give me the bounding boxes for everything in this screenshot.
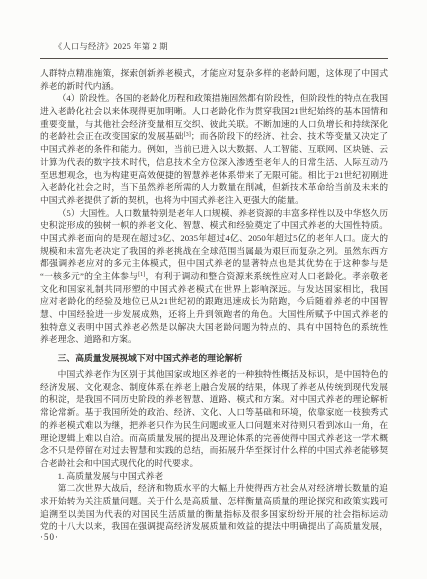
body-text-line: 养老理念、道路和方案。 (40, 333, 388, 346)
body-text-line: 文化和国家礼制共同形塑的中国式养老模式在世界上影响深远。与发达国家相比，我国 (40, 283, 388, 296)
body-text-line: 合老龄社会和中国式现代化的时代要求。 (40, 457, 388, 470)
subsection-heading: 1. 高质量发展与中国式养老 (40, 470, 388, 483)
body-text-line: 常论常新。基于我国所处的政治、经济、文化、人口等基础和环境，依靠家庭一枝独秀式 (40, 406, 388, 419)
body-text-line: 经济发展、文化观念、制度体系在养老上融合发展的结果，体现了养老从传统到现代发展 (40, 381, 388, 394)
body-text-line: 党的十八大以来，我国在强调提高经济发展质量和效益的提法中明确提出了高质量发展， (40, 520, 388, 533)
body-text-line: 重要变量，与其他社会经济变量相互交织、彼此关联。不断加速的人口负增长和持续深化 (40, 118, 388, 131)
page-number: ·50· (40, 532, 59, 542)
body-text-line: （4）阶段性。各国的老龄化历程和政策措施固然都有阶段性，但阶段性的特点在我国 (40, 92, 388, 105)
body-text-line: 应对老龄化的经验及地位已从21世纪初的跟跑迅速成长为陪跑，今后随着养老的中国智 (40, 295, 388, 308)
body-text-line: 第二次世界大战后，经济和物质水平的大幅上升使得西方社会从对经济增长数量的追 (40, 482, 388, 495)
body-text-line: 中国式养老作为区别于其他国家或地区养老的一种独特性概括及标识，是中国特色的 (40, 368, 388, 381)
journal-issue-label: 《人口与经济》2025 年第 2 期 (40, 41, 388, 52)
body-text-line: 追溯至以美国为代表的对国民生活质量的衡量指标及很多国家纷纷开展的社会指标运动[4… (40, 508, 388, 521)
article-body: 人群特点精准施策，探索创新养老模式，才能应对复杂多样的老龄问题，这体现了中国式养… (40, 67, 388, 533)
body-text-line: 独特意义表明中国式养老必然是以解决大国老龄问题为特点的、具有中国特色的系统性 (40, 321, 388, 334)
body-text-line: 理论逻辑上难以自洽。而高质量发展的提出及理论体系的完善使得中国式养老这一学术概 (40, 432, 388, 445)
body-text-line: 史积淀形成的独树一帜的养老文化、智慧、模式和经验奠定了中国式养老的大国性特质。 (40, 219, 388, 232)
body-text-line: 至思想观念，也为构建更高效便捷的智慧养老体系带来了无限可能。相比于21世纪初刚进 (40, 169, 388, 182)
body-text-line: 的积淀，是我国不同历史阶段的养老智慧、道路、模式和方案。对中国式养老的理论解析 (40, 393, 388, 406)
body-text-line: “一核多元”的全主体参与[1]，有利于调动和整合资源来系统性应对人口老龄化。孝亲… (40, 270, 388, 283)
section-heading: 三、高质量发展视域下对中国式养老的理论解析 (40, 352, 388, 365)
body-text-line: 都强调养老应对的多元主体模式，但中国式养老的显著特点也是其优势在于这种参与是 (40, 257, 388, 270)
body-text-line: 规模和未富先老决定了我国的养老挑战在全球范围当属最为艰巨而复杂之列。虽然东西方 (40, 245, 388, 258)
body-text-line: 计算为代表的数字技术时代，信息技术全方位深入渗透至老年人的日常生活、人际互动乃 (40, 156, 388, 169)
body-text-line: 进入老龄化社会以来体现得更加明晰。人口老龄化作为贯穿我国21世纪始终的基本国情和 (40, 105, 388, 118)
body-text-line: 的养老模式难以为继，把养老只作为民生问题或亚人口问题来对待则只看到冰山一角，在 (40, 419, 388, 432)
body-text-line: 人群特点精准施策，探索创新养老模式，才能应对复杂多样的老龄问题，这体现了中国式 (40, 67, 388, 80)
body-text-line: 中国式养老提供了新的契机，也将为中国式养老注入更强大的能量。 (40, 194, 388, 207)
journal-page: 《人口与经济》2025 年第 2 期 人群特点精准施策，探索创新养老模式，才能应… (0, 0, 427, 579)
body-text-line: 中国式养老的条件和能力。例如，当前已进入以大数据、人工智能、互联网、区块链、云 (40, 143, 388, 156)
body-text-line: （5）大国性。人口数量特别是老年人口规模、养老资源的丰富多样性以及中华悠久历 (40, 207, 388, 220)
body-text-line: 求开始转为关注质量问题。关于什么是高质量、怎样衡量高质量的理论探究和政策实践可 (40, 495, 388, 508)
citation-superscript: [3] (184, 131, 191, 138)
body-text-line: 念不只是停留在对过去智慧和实践的总结，而拓展升华至探讨什么样的中国式养老能够契 (40, 444, 388, 457)
body-text-line: 养老的新时代内涵。 (40, 80, 388, 93)
body-text-line: 慧、中国经验进一步发展成熟，还将上升到领跑者的角色。大国性所赋予中国式养老的 (40, 308, 388, 321)
body-text-line: 入老龄化社会之时，当下虽然养老所需的人力数量在削减，但新技术革命给当前及未来的 (40, 181, 388, 194)
citation-superscript: [1] (138, 271, 145, 278)
running-head: 《人口与经济》2025 年第 2 期 (40, 41, 388, 59)
body-text-line: 的老龄社会正在改变国家的发展基础[3]；而各阶段下的经济、社会、技术等变量又决定… (40, 130, 388, 143)
body-text-line: 中国式养老面向的是现在超过3亿、2035年超过4亿、2050年超过5亿的老年人口… (40, 232, 388, 245)
